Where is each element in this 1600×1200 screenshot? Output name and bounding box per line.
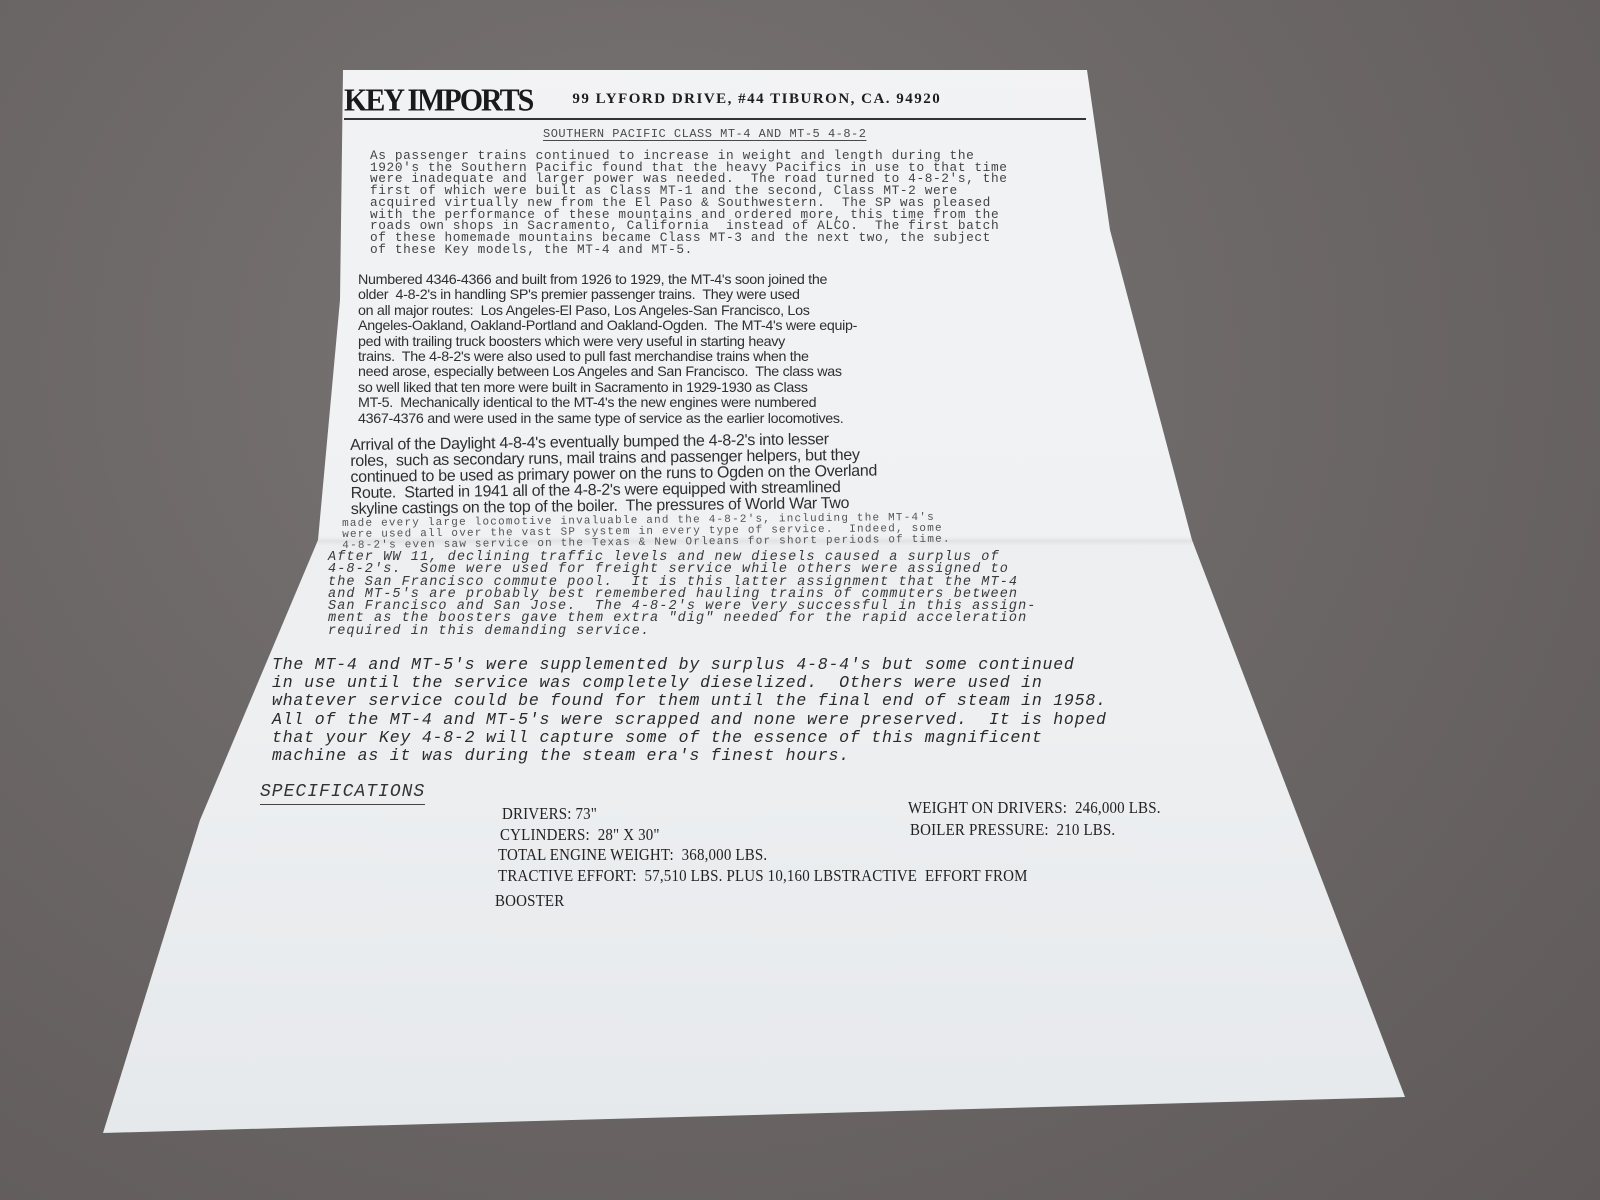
spec-tractive-effort: TRACTIVE EFFORT: 57,510 LBS. PLUS 10,160… — [498, 866, 1028, 886]
specifications-heading: SPECIFICATIONS — [260, 782, 425, 805]
spec-weight-on-drivers: WEIGHT ON DRIVERS: 246,000 LBS. — [908, 798, 1161, 818]
spec-boiler-pressure: BOILER PRESSURE: 210 LBS. — [910, 820, 1115, 840]
company-address: 99 LYFORD DRIVE, #44 TIBURON, CA. 94920 — [572, 82, 941, 118]
letterhead: KEY IMPORTS 99 LYFORD DRIVE, #44 TIBURON… — [344, 78, 1086, 120]
document: KEY IMPORTS 99 LYFORD DRIVE, #44 TIBURON… — [0, 0, 1600, 1200]
brand-logo: KEY IMPORTS — [344, 83, 532, 119]
spec-total-engine-weight: TOTAL ENGINE WEIGHT: 368,000 LBS. — [498, 845, 767, 865]
paragraph-mt4-history: Numbered 4346-4366 and built from 1926 t… — [358, 272, 857, 426]
paragraph-daylight-arrival: Arrival of the Daylight 4-8-4's eventual… — [350, 432, 878, 518]
paragraph-intro: As passenger trains continued to increas… — [370, 150, 1008, 255]
paragraph-retirement: The MT-4 and MT-5's were supplemented by… — [272, 656, 1107, 765]
spec-cylinders: CYLINDERS: 28" X 30" — [500, 825, 660, 845]
spec-tractive-effort-booster: BOOSTER — [495, 891, 564, 911]
paragraph-wartime-service: made every large locomotive invaluable a… — [342, 513, 951, 552]
paragraph-postwar-commute: After WW 11, declining traffic levels an… — [328, 552, 1037, 638]
document-title: SOUTHERN PACIFIC CLASS MT-4 AND MT-5 4-8… — [543, 127, 866, 141]
spec-drivers: DRIVERS: 73" — [502, 804, 597, 824]
